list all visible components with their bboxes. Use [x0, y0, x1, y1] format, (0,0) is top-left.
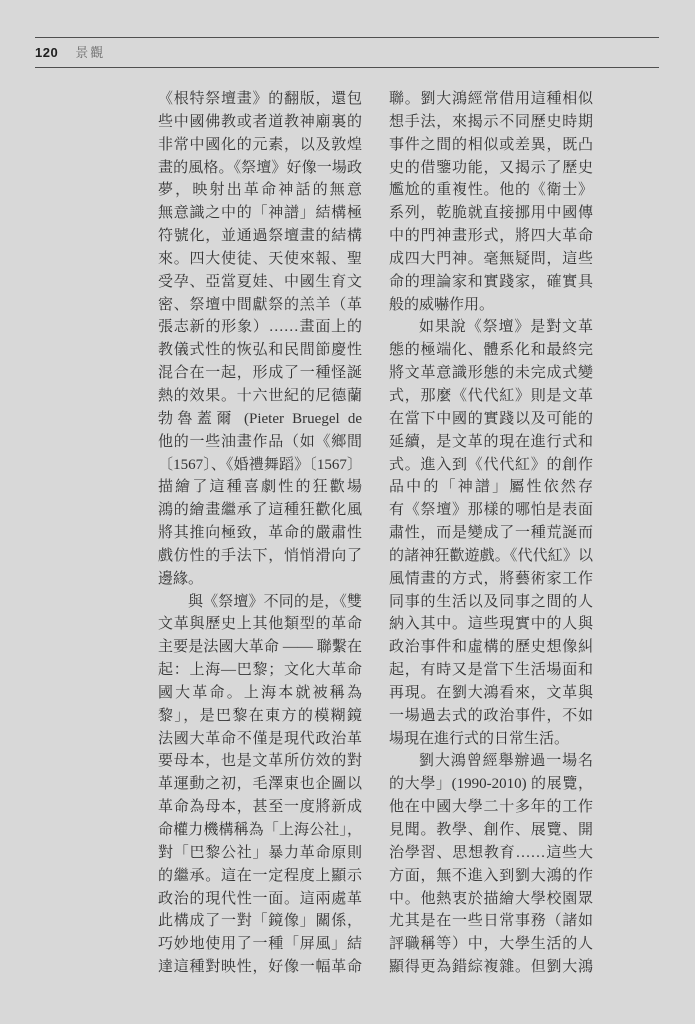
text-line: 有《祭壇》那樣的哪怕是表面上的嚴 — [389, 499, 593, 522]
section-title: 景觀 — [75, 45, 105, 60]
text-line: 命的理論家和實踐家，確實具有門神 — [389, 271, 593, 294]
text-line: 非常中國化的元素，以及敦煌宗教壁 — [158, 134, 362, 157]
text-line: 起，有時又是當下生活場面和事件的 — [389, 659, 593, 682]
text-line: 顯得更為錯綜複雜。但劉大鴻更願意 — [389, 956, 593, 979]
text-line: 與《祭壇》不同的是，《雙城記》將 — [158, 591, 362, 614]
text-line: 革運動之初，毛澤東也企圖以法國大 — [158, 773, 362, 796]
text-line: 鴻的繪畫繼承了這種狂歡化風格，並 — [158, 499, 362, 522]
text-line: 中。他熱衷於描繪大學校園眾生相， — [389, 888, 593, 911]
text-line: 再現。在劉大鴻看來，文革與其說是 — [389, 682, 593, 705]
text-line: 革命為母本，甚至一度將新成立的革 — [158, 796, 362, 819]
running-head: 120景觀 — [35, 44, 105, 61]
text-line: 將文革意識形態的未完成式變為完成 — [389, 362, 593, 385]
text-line: 國大革命。上海本就被稱為「東方巴 — [158, 682, 362, 705]
text-line: 描繪了這種喜劇性的狂歡場面。劉大 — [158, 476, 362, 499]
text-line: 密、祭壇中間獻祭的羔羊（革命烈士 — [158, 294, 362, 317]
text-line: 夢，映射出革命神話的無意識。它把 — [158, 179, 362, 202]
text-line: 一場過去式的政治事件，不如說是一 — [389, 705, 593, 728]
text-line: 巧妙地使用了一種「屏風」結構來表 — [158, 933, 362, 956]
text-line: 法國大革命不僅是現代政治革命的重 — [158, 728, 362, 751]
text-line: 文革與歷史上其他類型的革命—— — [158, 613, 362, 636]
header-rule-top — [35, 37, 659, 38]
paragraph: 劉大鴻曾經舉辦過一場名為「我的大學」(1990-2010) 的展覽，展示了他在中… — [389, 750, 593, 978]
text-line: 張志新的形象）……畫面上的那種宗 — [158, 316, 362, 339]
text-line: 式。進入到《代代紅》的創作階段，作 — [389, 454, 593, 477]
text-line: 此構成了一對「鏡像」關係，畫作也 — [158, 910, 362, 933]
text-line: 在當下中國的實踐以及可能的歷史性 — [389, 408, 593, 431]
text-line: 些中國佛教或者道教神廟裏的結構、 — [158, 111, 362, 134]
text-line: 對「巴黎公社」暴力革命原則和建制 — [158, 842, 362, 865]
text-line: 見聞。教學、創作、展覽、開會、政 — [389, 819, 593, 842]
text-line: 般的威嚇作用。 — [389, 294, 593, 317]
paragraph: 《根特祭壇畫》的翻版，還包含了一些中國佛教或者道教神廟裏的結構、非常中國化的元素… — [158, 88, 362, 591]
text-line: 受孕、亞當夏娃、中國生育文化的秘 — [158, 271, 362, 294]
text-line: 肅性，而是變成了一種荒誕而又滑稽 — [389, 522, 593, 545]
text-line: 方面，無不進入到劉大鴻的作品當 — [389, 865, 593, 888]
text-line: 戲仿性的手法下，悄悄滑向了滑稽的 — [158, 545, 362, 568]
text-line: 的大學」(1990-2010) 的展覽，展示了 — [389, 773, 593, 796]
text-line: 〔1567〕、《婚禮舞蹈》〔1567〕等）中， — [158, 454, 362, 477]
text-line: 成四大門神。毫無疑問，這些暴力革 — [389, 248, 593, 271]
paragraph: 如果說《祭壇》是對文革意識形態的極端化、體系化和最終完成，是將文革意識形態的未完… — [389, 316, 593, 750]
text-line: 中的門神畫形式，將四大革命導師變 — [389, 225, 593, 248]
text-line: 教儀式性的恢弘和民間節慶性的狂歡 — [158, 339, 362, 362]
text-line: 政治的現代性一面。這兩處革命，彼 — [158, 888, 362, 911]
text-line: 他的一些油畫作品（如《鄉間的宴會》 — [158, 431, 362, 454]
page-number: 120 — [35, 45, 58, 60]
text-line: 來。四大使徒、天使來報、聖靈感動 — [158, 248, 362, 271]
text-line: 無意識之中的「神譜」結構極端化和 — [158, 202, 362, 225]
header-rule-bottom — [35, 67, 659, 68]
text-line: 達這種對映性，好像一幅革命的對 — [158, 956, 362, 979]
text-line: 他在中國大學二十多年的工作經歷和 — [389, 796, 593, 819]
left-text-column: 《根特祭壇畫》的翻版，還包含了一些中國佛教或者道教神廟裏的結構、非常中國化的元素… — [158, 88, 362, 979]
text-line: 如果說《祭壇》是對文革意識形 — [389, 316, 593, 339]
text-line: 黎」，是巴黎在東方的模糊鏡像；而 — [158, 705, 362, 728]
text-line: 品中的「神譜」屬性依然存在，但不再 — [389, 476, 593, 499]
text-line: 治學習、思想教育……這些大學生活 — [389, 842, 593, 865]
text-line: 尷尬的重複性。他的《衛士》(1991) — [389, 179, 593, 202]
text-line: 符號化，並通過祭壇畫的結構展示出 — [158, 225, 362, 248]
text-line: 延續，是文革的現在進行式和將來 — [389, 431, 593, 454]
text-line: 《根特祭壇畫》的翻版，還包含了一 — [158, 88, 362, 111]
text-line: 態的極端化、體系化和最終完成，是 — [389, 339, 593, 362]
paragraph: 聯。劉大鴻經常借用這種相似性的聯想手法，來揭示不同歷史時期的政治事件之間的相似或… — [389, 88, 593, 316]
text-line: 政治事件和虛構的歷史想像糾結在一 — [389, 636, 593, 659]
text-line: 將其推向極致，革命的嚴肅性在這種 — [158, 522, 362, 545]
text-line: 史的借鑒功能，又揭示了歷史的令人 — [389, 157, 593, 180]
paragraph: 與《祭壇》不同的是，《雙城記》將文革與歷史上其他類型的革命——主要是法國大革命 … — [158, 591, 362, 979]
text-line: 評職稱等）中，大學生活的人際關係 — [389, 933, 593, 956]
text-line: 劉大鴻曾經舉辦過一場名為「我 — [389, 750, 593, 773]
text-line: 同事的生活以及同事之間的人事糾葛 — [389, 591, 593, 614]
text-line: 邊緣。 — [158, 568, 362, 591]
text-line: 事件之間的相似或差異，既凸顯了歷 — [389, 134, 593, 157]
text-line: 起：上海—巴黎；文化大革命—法 — [158, 659, 362, 682]
text-line: 要母本，也是文革所仿效的對象。文 — [158, 750, 362, 773]
text-line: 勃魯蓋爾 (Pieter Bruegel de Oude) 在 — [158, 408, 362, 431]
text-line: 場現在進行式的日常生活。 — [389, 728, 593, 751]
text-line: 混合在一起，形成了一種怪誕而又狂 — [158, 362, 362, 385]
document-page: 120景觀 《根特祭壇畫》的翻版，還包含了一些中國佛教或者道教神廟裏的結構、非常… — [0, 0, 695, 1024]
text-line: 的繼承。這在一定程度上顯示出文革 — [158, 865, 362, 888]
text-line: 式，那麼《代代紅》則是文革意識形態 — [389, 385, 593, 408]
text-line: 納入其中。這些現實中的人與事，與 — [389, 613, 593, 636]
text-line: 風情畫的方式，將藝術家工作單位的 — [389, 568, 593, 591]
text-line: 熱的效果。十六世紀的尼德蘭派畫家 — [158, 385, 362, 408]
text-line: 想手法，來揭示不同歷史時期的政治 — [389, 111, 593, 134]
right-text-column: 聯。劉大鴻經常借用這種相似性的聯想手法，來揭示不同歷史時期的政治事件之間的相似或… — [389, 88, 593, 979]
text-line: 畫的風格。《祭壇》好像一場政治夜 — [158, 157, 362, 180]
text-line: 系列，乾脆就直接挪用中國傳統民俗 — [389, 202, 593, 225]
text-line: 聯。劉大鴻經常借用這種相似性的聯 — [389, 88, 593, 111]
text-line: 命權力機構稱為「上海公社」，作為 — [158, 819, 362, 842]
text-line: 的諸神狂歡遊戲。《代代紅》以世俗 — [389, 545, 593, 568]
text-line: 主要是法國大革命 —— 聯繫在一 — [158, 636, 362, 659]
text-line: 尤其是在一些日常事務（諸如分房、 — [389, 910, 593, 933]
